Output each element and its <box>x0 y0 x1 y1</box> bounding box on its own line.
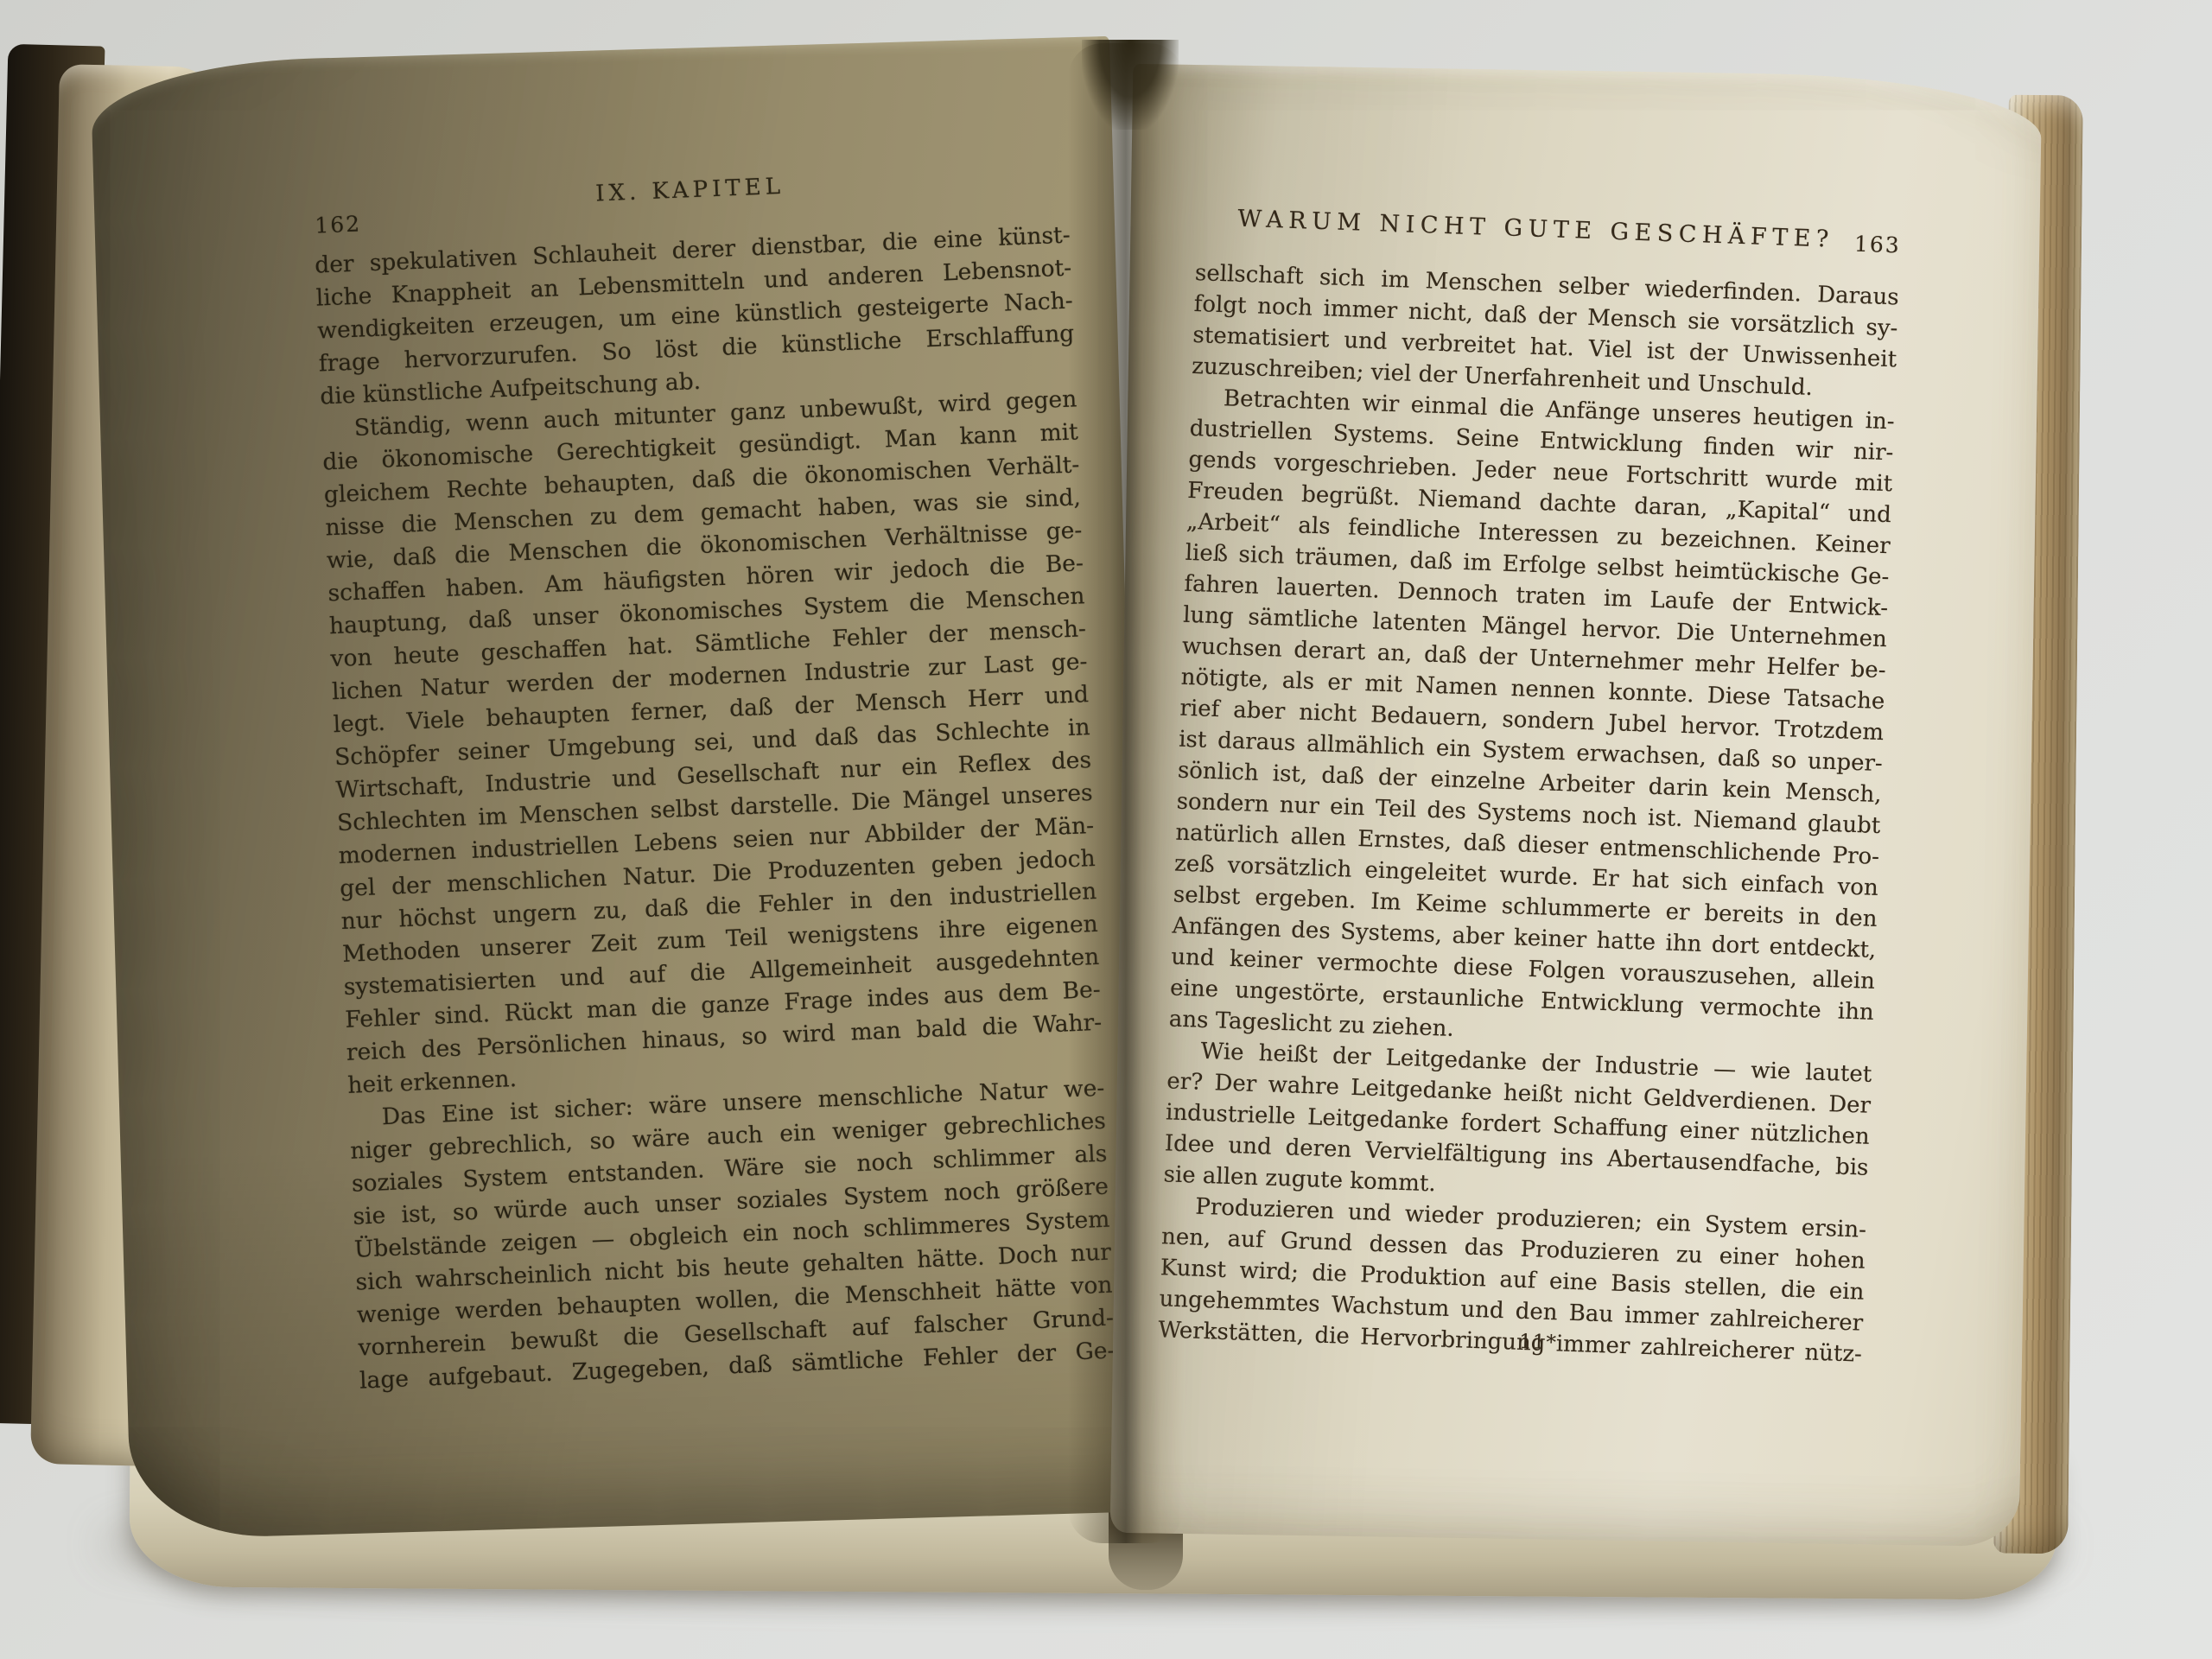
chapter-heading: IX. KAPITEL <box>312 162 1068 219</box>
right-page-text-block: WARUM NICHT GUTE GESCHÄFTE? 163 sellscha… <box>1158 204 1902 1370</box>
right-page: WARUM NICHT GUTE GESCHÄFTE? 163 sellscha… <box>1110 64 2043 1547</box>
left-page-text-block: 162 IX. KAPITEL der spekulativen Schlauh… <box>311 143 1116 1398</box>
right-page-text: sellschaft sich im Menschen selber wiede… <box>1158 257 1899 1370</box>
left-page-text: der spekulativen Schlauheit derer dienst… <box>315 219 1116 1398</box>
page-number-right: 163 <box>1854 232 1902 258</box>
chapter-question-heading: WARUM NICHT GUTE GESCHÄFTE? <box>1197 204 1876 254</box>
signature-mark: 11* <box>1519 1331 1558 1355</box>
left-page: 162 IX. KAPITEL der spekulativen Schlauh… <box>90 36 1150 1540</box>
book-photo: 162 IX. KAPITEL der spekulativen Schlauh… <box>0 0 2212 1659</box>
